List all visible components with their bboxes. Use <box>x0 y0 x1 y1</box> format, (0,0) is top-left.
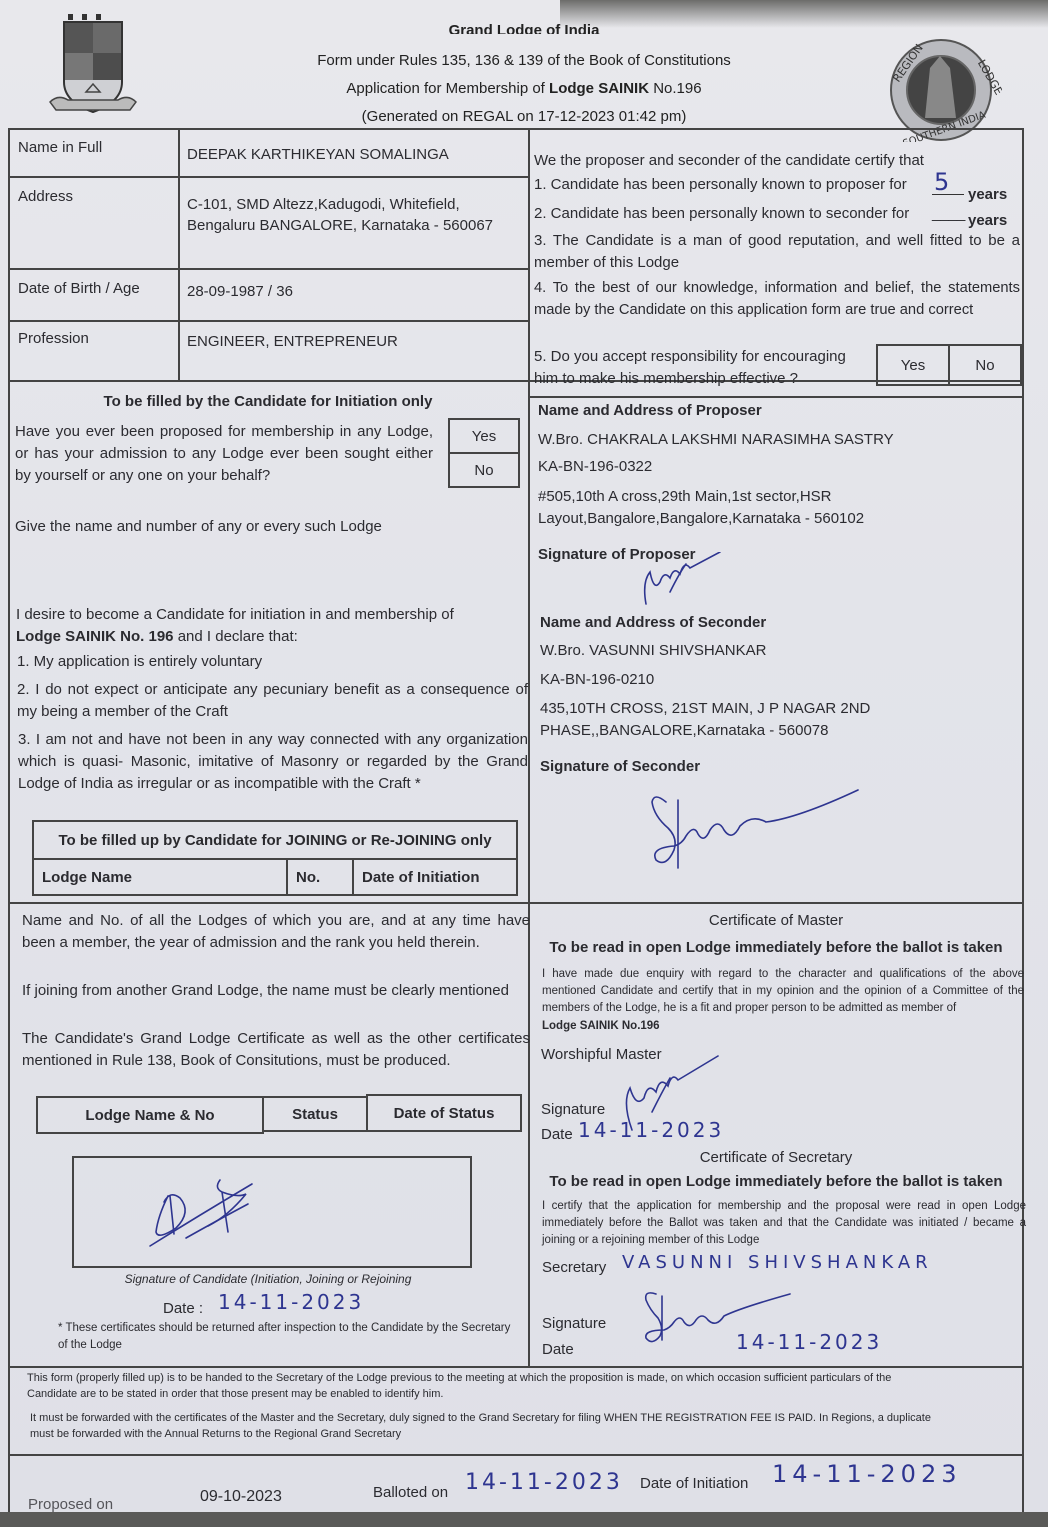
secretary-name-value[interactable]: VASUNNI SHIVSHANKAR <box>622 1252 933 1273</box>
certify-item5: 5. Do you accept responsibility for enco… <box>534 346 874 390</box>
section-line <box>8 902 1024 904</box>
proposer-signature-icon[interactable] <box>640 552 730 610</box>
seconder-name: W.Bro. VASUNNI SHIVSHANKAR <box>540 640 766 662</box>
seconder-address-line1: 435,10TH CROSS, 21ST MAIN, J P NAGAR 2ND <box>540 698 870 720</box>
secretary-cert-heading: Certificate of Secretary <box>528 1147 1024 1169</box>
value-dob: 28-09-1987 / 36 <box>187 281 293 303</box>
note-line2: Candidate are to be stated in order that… <box>27 1386 1027 1403</box>
candidate-date-label: Date : <box>163 1298 203 1320</box>
declaration-lodge-line: Lodge SAINIK No. 196 and I declare that: <box>16 626 298 648</box>
joining-col-date: Date of Initiation <box>352 858 518 896</box>
section-line <box>8 1454 1024 1456</box>
value-address-line1: C-101, SMD Altezz,Kadugodi, Whitefield, <box>187 194 460 216</box>
joining-col-lodge-name: Lodge Name <box>32 858 288 896</box>
candidate-date-value[interactable]: 14-11-2023 <box>218 1290 364 1314</box>
master-cert-subheading: To be read in open Lodge immediately bef… <box>528 937 1024 959</box>
value-address-line2: Bengaluru BANGALORE, Karnataka - 560067 <box>187 215 493 237</box>
note-line4: must be forwarded with the Annual Return… <box>30 1426 1030 1443</box>
value-name: DEEPAK KARTHIKEYAN SOMALINGA <box>187 144 449 166</box>
proposer-address-line2: Layout,Bangalore,Bangalore,Karnataka - 5… <box>538 508 864 530</box>
proposer-id: KA-BN-196-0322 <box>538 456 652 478</box>
application-lodge: Lodge SAINIK <box>549 80 649 97</box>
date-of-initiation-value[interactable]: 14-11-2023 <box>772 1460 961 1488</box>
label-address: Address <box>18 186 73 208</box>
certify-item2-suffix: years <box>968 210 1007 232</box>
secretary-date-value[interactable]: 14-11-2023 <box>736 1330 882 1354</box>
joining-table-heading: To be filled up by Candidate for JOINING… <box>32 820 518 860</box>
secretary-cert-text: I certify that the application for membe… <box>542 1198 1026 1249</box>
lodges-history-text3: The Candidate's Grand Lodge Certificate … <box>22 1028 530 1072</box>
application-title: Application for Membership of Lodge SAIN… <box>0 80 1048 97</box>
secretary-signature-label: Signature <box>542 1313 606 1335</box>
certify-item2: 2. Candidate has been personally known t… <box>534 203 909 225</box>
application-prefix: Application for Membership of <box>346 80 549 97</box>
secretary-cert-subheading: To be read in open Lodge immediately bef… <box>528 1171 1024 1193</box>
master-cert-heading: Certificate of Master <box>528 910 1024 932</box>
history-col-lodge-name: Lodge Name & No <box>36 1096 264 1134</box>
label-dob: Date of Birth / Age <box>18 278 140 300</box>
certify-item1: 1. Candidate has been personally known t… <box>534 174 907 196</box>
declaration-item1: 1. My application is entirely voluntary <box>17 651 262 673</box>
note-line1: This form (properly filled up) is to be … <box>27 1370 1027 1387</box>
row-line <box>8 320 528 322</box>
note-line3: It must be forwarded with the certificat… <box>30 1410 1030 1427</box>
master-cert-text: I have made due enquiry with regard to t… <box>542 966 1024 1017</box>
master-cert-lodge: Lodge SAINIK No.196 <box>542 1018 660 1035</box>
proposer-address-line1: #505,10th A cross,29th Main,1st sector,H… <box>538 486 832 508</box>
row-line <box>8 268 528 270</box>
declaration-item3: 3. I am not and have not been in any way… <box>18 729 528 795</box>
seconder-signature-icon[interactable] <box>648 788 868 878</box>
section-line <box>8 1366 1024 1368</box>
joining-heading: To be filled up by Candidate for JOINING… <box>58 832 491 849</box>
certify-item3: 3. The Candidate is a man of good reputa… <box>534 230 1020 274</box>
secretary-date-label: Date <box>542 1339 574 1361</box>
label-profession: Profession <box>18 328 89 350</box>
proposed-on-label: Proposed on <box>28 1494 113 1516</box>
org-title: Grand Lodge of India <box>0 20 1048 34</box>
value-profession: ENGINEER, ENTREPRENEUR <box>187 331 398 353</box>
application-number: No.196 <box>649 80 702 97</box>
declaration-lodge: Lodge SAINIK No. 196 <box>16 628 174 645</box>
proposer-heading: Name and Address of Proposer <box>538 400 762 422</box>
seconder-id: KA-BN-196-0210 <box>540 669 654 691</box>
previous-proposal-yes-option[interactable]: Yes <box>448 418 520 454</box>
master-date-value[interactable]: 14-11-2023 <box>578 1118 724 1142</box>
candidate-signature-icon[interactable] <box>148 1176 268 1256</box>
seconder-address-line2: PHASE,,BANGALORE,Karnataka - 560078 <box>540 720 828 742</box>
certificates-footnote: * These certificates should be returned … <box>58 1320 518 1354</box>
lodges-history-text1: Name and No. of all the Lodges of which … <box>22 910 530 954</box>
initiation-heading: To be filled by the Candidate for Initia… <box>8 391 528 413</box>
declaration-intro: I desire to become a Candidate for initi… <box>16 604 528 626</box>
lodges-history-text2: If joining from another Grand Lodge, the… <box>22 980 530 1002</box>
section-line <box>528 396 1024 398</box>
secretary-label: Secretary <box>542 1257 606 1279</box>
responsibility-no-option[interactable]: No <box>948 344 1022 386</box>
balloted-on-label: Balloted on <box>373 1482 448 1504</box>
generated-note: (Generated on REGAL on 17-12-2023 01:42 … <box>0 108 1048 125</box>
balloted-on-value[interactable]: 14-11-2023 <box>465 1470 623 1495</box>
initiation-question: Have you ever been proposed for membersh… <box>15 421 433 487</box>
certify-item1-suffix: years <box>968 184 1007 206</box>
seconder-heading: Name and Address of Seconder <box>540 612 766 634</box>
details-divider <box>178 128 180 380</box>
joining-col-no: No. <box>286 858 354 896</box>
certify-item4: 4. To the best of our knowledge, informa… <box>534 277 1020 321</box>
declaration-item2: 2. I do not expect or anticipate any pec… <box>17 679 528 723</box>
give-lodge-name-prompt: Give the name and number of any or every… <box>15 516 382 538</box>
responsibility-yes-option[interactable]: Yes <box>876 344 950 386</box>
form-rules: Form under Rules 135, 136 & 139 of the B… <box>0 52 1048 69</box>
label-name: Name in Full <box>18 137 102 159</box>
master-date-label: Date <box>541 1124 573 1146</box>
previous-proposal-no-option[interactable]: No <box>448 452 520 488</box>
seconder-signature-label: Signature of Seconder <box>540 756 700 778</box>
proposed-on-value: 09-10-2023 <box>200 1486 282 1508</box>
candidate-signature-box[interactable] <box>72 1156 472 1268</box>
proposer-years-value[interactable]: 5 <box>934 168 952 196</box>
history-col-date: Date of Status <box>366 1094 522 1132</box>
date-of-initiation-label: Date of Initiation <box>640 1473 748 1495</box>
history-col-status: Status <box>262 1096 368 1132</box>
declaration-intro-end: and I declare that: <box>174 628 298 645</box>
candidate-signature-caption: Signature of Candidate (Initiation, Join… <box>8 1268 528 1290</box>
proposer-name: W.Bro. CHAKRALA LAKSHMI NARASIMHA SASTRY <box>538 429 894 451</box>
row-line <box>8 176 528 178</box>
seconder-years-value[interactable]: ____ <box>932 203 965 225</box>
